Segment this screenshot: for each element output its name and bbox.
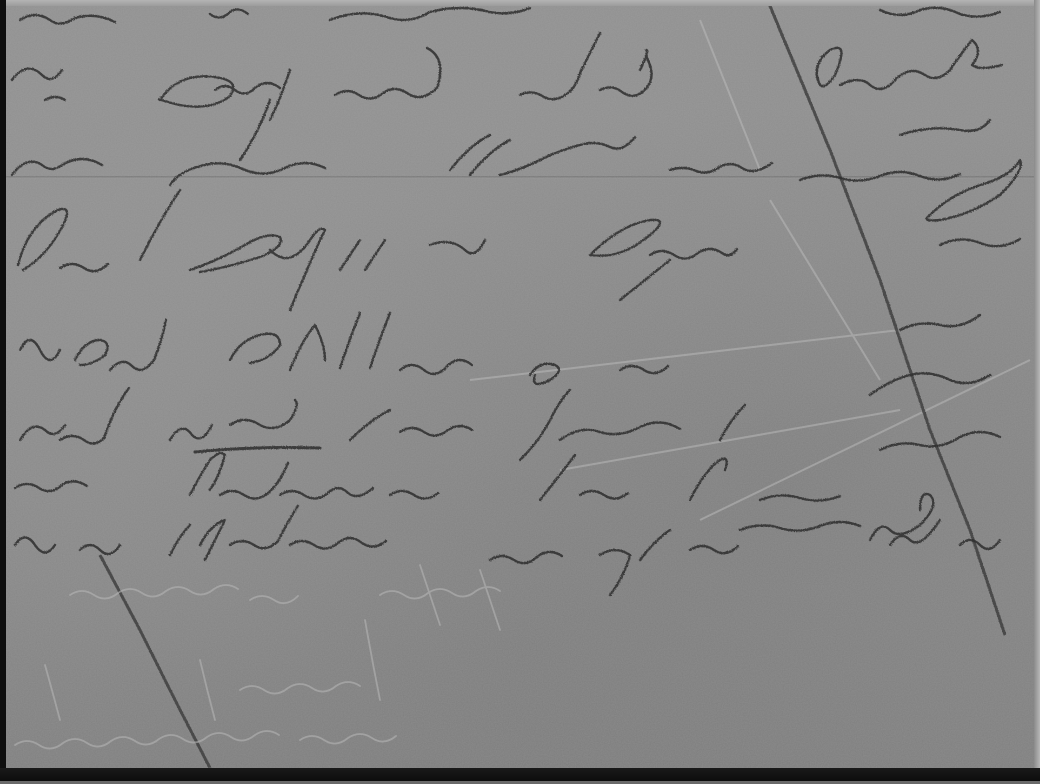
scan-border-top — [0, 0, 1040, 6]
document-scan-frame: 25ten — [0, 0, 1040, 784]
scan-border-left — [0, 0, 6, 784]
scan-border-right — [1034, 0, 1040, 784]
handwriting-layer — [0, 0, 1040, 784]
